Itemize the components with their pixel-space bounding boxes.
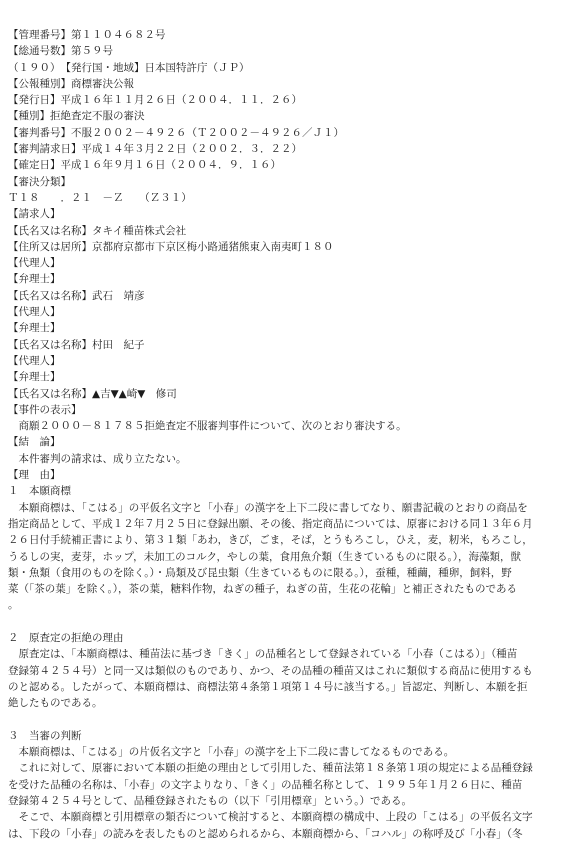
document-text-lines: 【管理番号】第１１０４６８２号【総通号数】第５９号（１９０） 【発行国・地域】日… — [8, 27, 565, 842]
document-line: 【弁理士】 — [8, 271, 565, 287]
document-line: 菜（「茶の葉」を除く。），茶の葉，糖料作物，ねぎの種子，ねぎの苗，生花の花輪」と… — [8, 581, 565, 597]
document-line: 本願商標は、「こはる」の片仮名文字と「小春」の漢字を上下二段に書してなるものであ… — [8, 744, 565, 760]
document-line: 【管理番号】第１１０４６８２号 — [8, 27, 565, 43]
document-line: 絶したものである。 — [8, 695, 565, 711]
document-line: 登録第４２５４号）と同一又は類似のものであり、かつ、その品種の種苗又はこれに類似… — [8, 663, 565, 679]
document-line: １ 本願商標 — [8, 483, 565, 499]
document-line: 【確定日】平成１６年９月１６日（２００４．９．１６） — [8, 157, 565, 173]
document-line: 【審判請求日】平成１４年３月２２日（２００２．３．２２） — [8, 141, 565, 157]
document-line: 【審決分類】 — [8, 174, 565, 190]
document-line: ３ 当審の判断 — [8, 728, 565, 744]
document-line: そこで、本願商標と引用標章の類否について検討すると、本願商標の構成中、上段の「こ… — [8, 809, 565, 825]
document-line: 【種別】拒絶査定不服の審決 — [8, 108, 565, 124]
document-line: ２６日付手続補正書により、第３１類「あわ，きび，ごま，そば，とうもろこし，ひえ，… — [8, 532, 565, 548]
document-line: 【氏名又は名称】村田 紀子 — [8, 337, 565, 353]
document-line: ２ 原査定の拒絶の理由 — [8, 630, 565, 646]
document-line: （１９０） 【発行国・地域】日本国特許庁（ＪＰ） — [8, 60, 565, 76]
document-line: は、下段の「小春」の読みを表したものと認められるから、本願商標から、「コハル」の… — [8, 826, 565, 842]
document-line: 【結 論】 — [8, 434, 565, 450]
document-line: これに対して、原審において本願の拒絶の理由として引用した、種苗法第１８条第１項の… — [8, 760, 565, 776]
document-line: 【代理人】 — [8, 353, 565, 369]
document-line: 【総通号数】第５９号 — [8, 43, 565, 59]
document-line: 【事件の表示】 — [8, 402, 565, 418]
document-line: 商願２０００－８１７８５拒絶査定不服審判事件について、次のとおり審決する。 — [8, 418, 565, 434]
document-line: 【弁理士】 — [8, 320, 565, 336]
document-line: 【代理人】 — [8, 304, 565, 320]
document-line — [8, 711, 565, 727]
document-line: 【氏名又は名称】タキイ種苗株式会社 — [8, 223, 565, 239]
document-line: 【請求人】 — [8, 206, 565, 222]
document-line: 【審判番号】不服２００２－４９２６（Ｔ２００２－４９２６／Ｊ１） — [8, 125, 565, 141]
document-line: 【氏名又は名称】▲吉▼▲崎▼ 修司 — [8, 386, 565, 402]
document-line: 本件審判の請求は、成り立たない。 — [8, 451, 565, 467]
document-line: 本願商標は、「こはる」の平仮名文字と「小春」の漢字を上下二段に書してなり、願書記… — [8, 500, 565, 516]
document-line: Ｔ１８ ．２１ －Ｚ （Ｚ３１） — [8, 190, 565, 206]
document-line: 【氏名又は名称】武石 靖彦 — [8, 288, 565, 304]
document-line — [8, 614, 565, 630]
document-line: 。 — [8, 597, 565, 613]
document-line: 【住所又は居所】京都府京都市下京区梅小路通猪熊東入南夷町１８０ — [8, 239, 565, 255]
document-line: 【発行日】平成１６年１１月２６日（２００４．１１．２６） — [8, 92, 565, 108]
document-line: 指定商品として、平成１２年７月２５日に登録出願、その後、指定商品については、原審… — [8, 516, 565, 532]
document-line: 原査定は、「本願商標は、種苗法に基づき「きく」の品種名として登録されている「小春… — [8, 646, 565, 662]
document-line: 【弁理士】 — [8, 369, 565, 385]
document-line: うるしの実，麦芽，ホップ，未加工のコルク，やしの葉，食用魚介類（生きているものに… — [8, 549, 565, 565]
document-line: のと認める。したがって、本願商標は、商標法第４条第１項第１４号に該当する。」旨認… — [8, 679, 565, 695]
document-line: 【理 由】 — [8, 467, 565, 483]
document-line: 【代理人】 — [8, 255, 565, 271]
trademark-decision-gazette-document: 【管理番号】第１１０４６８２号【総通号数】第５９号（１９０） 【発行国・地域】日… — [0, 0, 569, 861]
document-line: 類・魚類（食用のものを除く。）・鳥類及び昆虫類（生きているものに限る。），蚕種，… — [8, 565, 565, 581]
document-line: 【公報種別】商標審決公報 — [8, 76, 565, 92]
document-line: 登録第４２５４号として、品種登録されたもの（以下「引用標章」という。）である。 — [8, 793, 565, 809]
document-line: を受けた品種の名称は、「小春」の文字よりなり、「きく」の品種名称として、１９９５… — [8, 777, 565, 793]
